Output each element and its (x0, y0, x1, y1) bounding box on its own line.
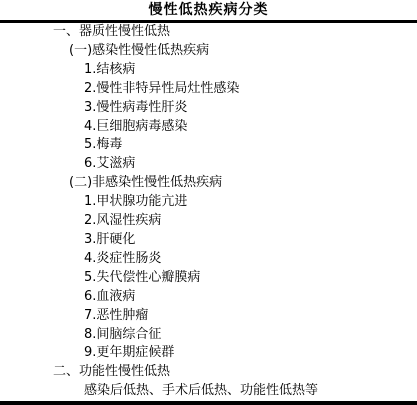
outline-item: 3.肝硬化 (0, 231, 417, 250)
outline-item: 4.巨细胞病毒感染 (0, 118, 417, 137)
outline-item: 5.梅毒 (0, 136, 417, 155)
outline-item: 1.结核病 (0, 61, 417, 80)
outline-item: (一)感染性慢性低热疾病 (0, 42, 417, 61)
outline-item: 8.间脑综合征 (0, 326, 417, 345)
outline-item: 6.艾滋病 (0, 155, 417, 174)
outline-item: 二、功能性慢性低热 (0, 363, 417, 382)
outline-item: 5.失代偿性心瓣膜病 (0, 269, 417, 288)
bottom-rule (0, 401, 417, 405)
outline-item: 感染后低热、手术后低热、功能性低热等 (0, 382, 417, 401)
outline-item: 9.更年期症候群 (0, 344, 417, 363)
outline-item: 2.风湿性疾病 (0, 212, 417, 231)
outline-item: 1.甲状腺功能亢进 (0, 193, 417, 212)
outline-item: 一、器质性慢性低热 (0, 23, 417, 42)
page-title: 慢性低热疾病分类 (0, 0, 417, 20)
outline-item: 4.炎症性肠炎 (0, 250, 417, 269)
outline-item: (二)非感染性慢性低热疾病 (0, 174, 417, 193)
document-sheet: 慢性低热疾病分类 一、器质性慢性低热(一)感染性慢性低热疾病1.结核病2.慢性非… (0, 0, 417, 405)
outline-item: 3.慢性病毒性肝炎 (0, 99, 417, 118)
outline-list: 一、器质性慢性低热(一)感染性慢性低热疾病1.结核病2.慢性非特异性局灶性感染3… (0, 23, 417, 401)
outline-item: 6.血液病 (0, 288, 417, 307)
outline-item: 2.慢性非特异性局灶性感染 (0, 80, 417, 99)
outline-item: 7.恶性肿瘤 (0, 307, 417, 326)
